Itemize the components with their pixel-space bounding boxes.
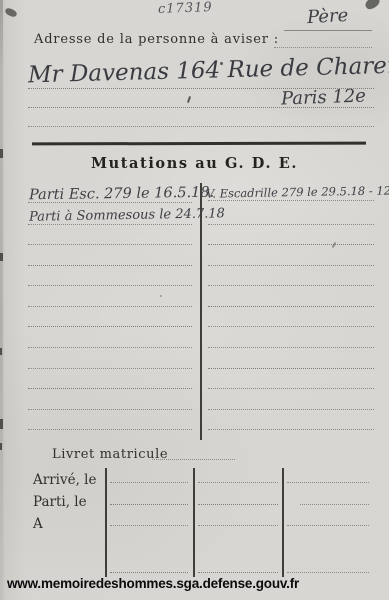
ruled-line	[28, 306, 192, 307]
table-cell-line	[287, 482, 369, 483]
scan-mark	[0, 253, 3, 261]
ink-smudge	[4, 7, 18, 18]
ruled-line	[28, 126, 374, 127]
ink-smudge	[363, 0, 381, 11]
mutation-entry-left-1: Parti Esc. 279 le 16.5.18.	[29, 185, 214, 204]
ruled-line	[208, 388, 374, 389]
ruled-line	[28, 326, 192, 327]
table-cell-line	[110, 504, 188, 505]
mutation-entry-left-2: Parti à Sommesous le 24.7.18	[29, 206, 225, 224]
ruled-line	[28, 347, 192, 348]
ruled-line	[28, 388, 192, 389]
ruled-line	[208, 306, 374, 307]
ruled-line	[28, 429, 192, 430]
ruled-line	[208, 347, 374, 348]
ruled-line	[28, 368, 192, 369]
ruled-line	[274, 47, 372, 48]
ruled-line	[208, 265, 374, 266]
row-label-parti: Parti, le	[33, 494, 87, 510]
ruled-line	[28, 107, 374, 108]
table-cell-line	[110, 572, 188, 573]
row-label-a: A	[33, 516, 43, 532]
ruled-line	[28, 285, 192, 286]
ruled-line	[28, 409, 192, 410]
address-label: Adresse de la personne à aviser :	[34, 32, 279, 47]
ruled-line	[208, 409, 374, 410]
ruled-line	[208, 285, 374, 286]
scan-left-edge	[0, 0, 3, 600]
ruled-line	[208, 429, 374, 430]
paper-speck	[160, 295, 162, 297]
livret-label: Livret matricule	[52, 447, 168, 462]
scan-mark	[0, 419, 3, 429]
table-vline	[105, 468, 107, 577]
ruled-line	[28, 244, 192, 245]
section-title: Mutations au G. D. E.	[0, 155, 389, 172]
table-cell-line	[198, 572, 278, 573]
row-label-arrive: Arrivé, le	[33, 472, 96, 488]
mutation-entry-right-1: V. Escadrille 279 le 29.5.18 - 12h	[206, 183, 389, 200]
table-cell-line	[110, 482, 188, 483]
ruled-line	[208, 244, 374, 245]
address-handwritten-line1: Mr Davenas 164 Rue de Charenton	[28, 52, 389, 89]
table-cell-line	[300, 504, 369, 505]
annotation-pere: Père	[306, 5, 348, 28]
table-cell-line	[198, 504, 278, 505]
paper-speck	[332, 242, 337, 248]
table-cell-line	[287, 525, 369, 526]
annotation-underline	[284, 30, 372, 31]
ruled-line	[152, 459, 235, 460]
table-vline	[193, 468, 195, 577]
table-cell-line	[198, 525, 278, 526]
table-cell-line	[110, 525, 188, 526]
record-card: c17319 Père Adresse de la personne à avi…	[0, 0, 389, 600]
table-cell-line	[198, 482, 278, 483]
ruled-line	[208, 326, 374, 327]
scan-mark	[0, 443, 2, 450]
reference-number: c17319	[158, 0, 213, 17]
section-rule	[32, 142, 366, 146]
address-handwritten-line2: Paris 12e	[281, 86, 367, 110]
watermark-url: www.memoiredeshommes.sga.defense.gouv.fr	[7, 576, 299, 591]
table-vline	[282, 468, 284, 577]
ruled-line	[208, 368, 374, 369]
table-cell-line	[287, 572, 369, 573]
scan-mark	[0, 348, 2, 355]
paper-speck	[187, 96, 191, 103]
ruled-line	[208, 224, 374, 225]
ruled-line	[28, 265, 192, 266]
